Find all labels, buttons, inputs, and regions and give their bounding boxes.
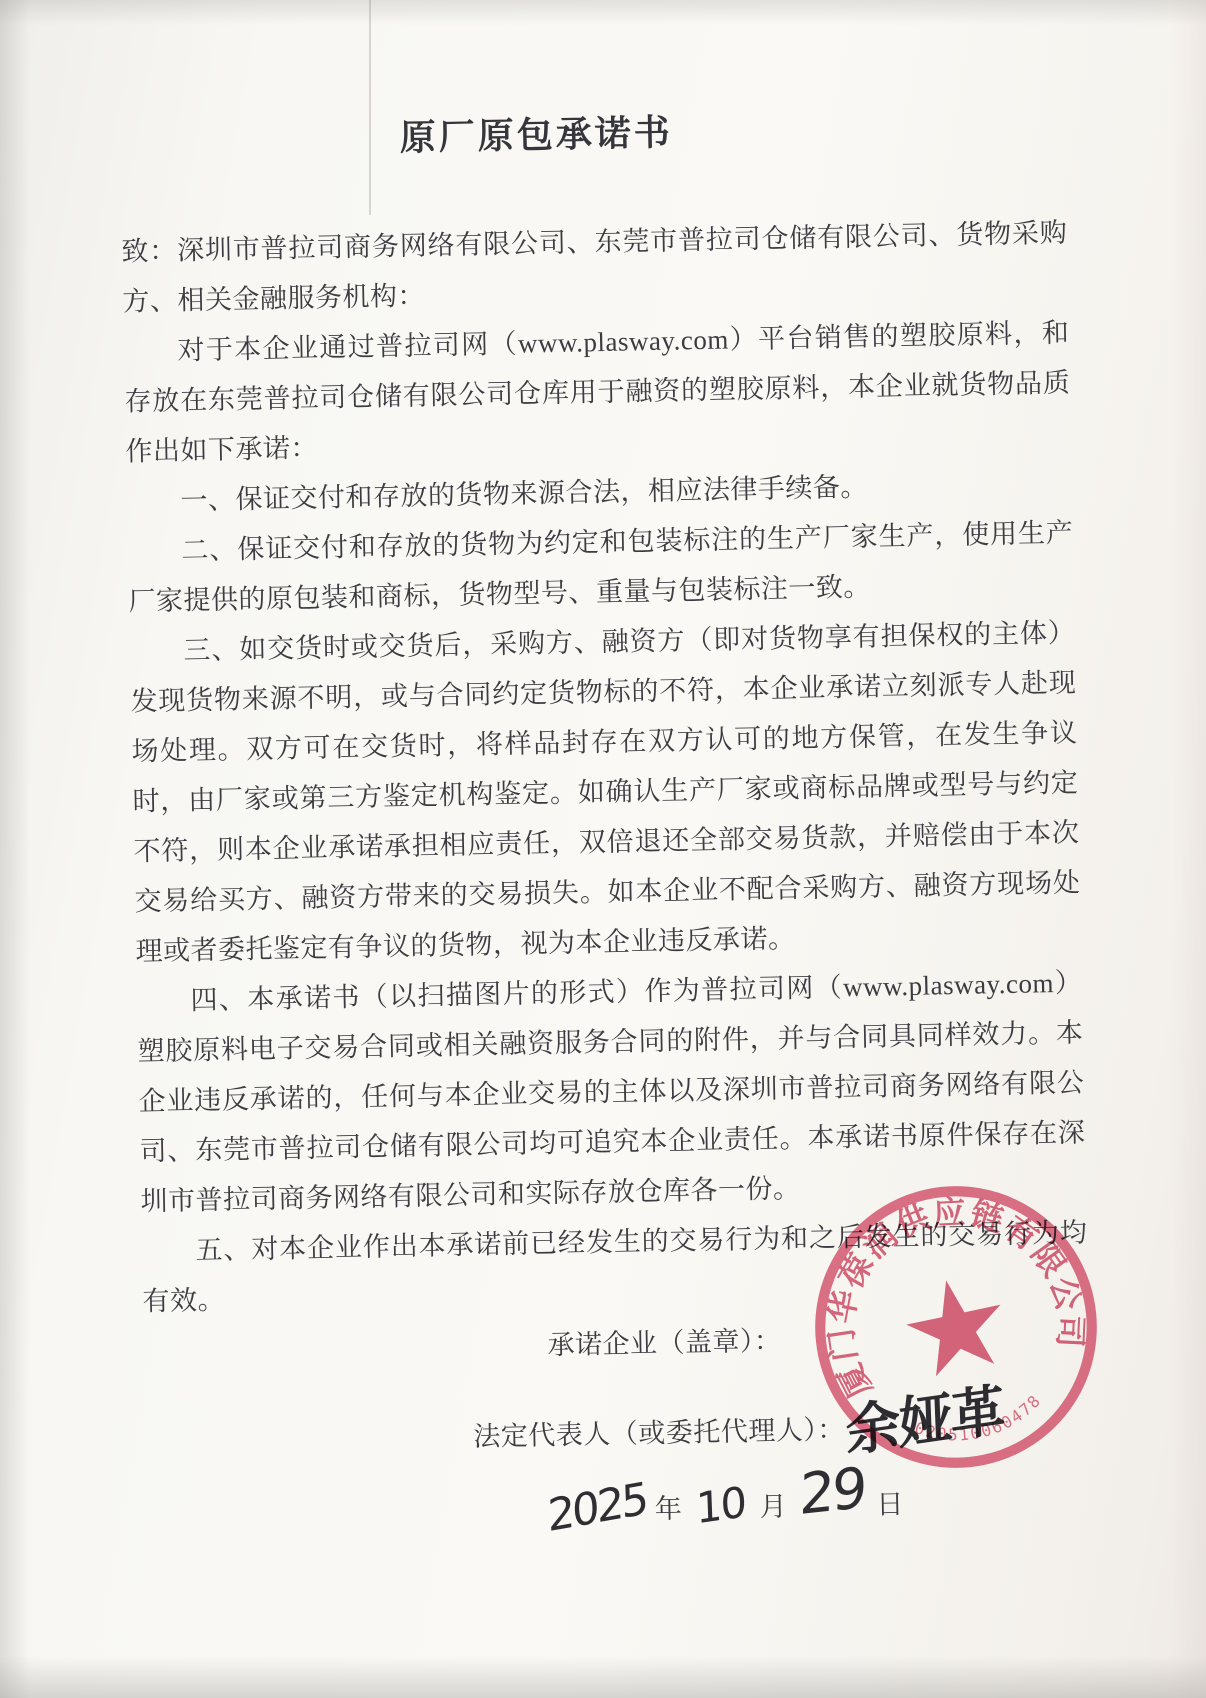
date-year-value: 2025 [547, 1476, 647, 1544]
company-seal-stamp: 厦门华葆润供应链有限公司 020510060478 [770, 1141, 1142, 1513]
legal-representative-label: 法定代表人（或委托代理人）： [473, 1414, 845, 1451]
paragraph-item-2: 二、保证交付和存放的货物为约定和包装标注的生产厂家生产，使用生产厂家提供的原包装… [127, 508, 1075, 627]
date-month-unit: 月 [759, 1492, 787, 1523]
document-title: 原厂原包承诺书 [63, 98, 1010, 168]
seal-star-icon [899, 1270, 1012, 1380]
paragraph-item-3: 三、如交货时或交货后，采购方、融资方（即对货物享有担保权的主体）发现货物来源不明… [129, 608, 1082, 977]
date-year-unit: 年 [655, 1494, 683, 1525]
scanned-document-page: 原厂原包承诺书 致：深圳市普拉司商务网络有限公司、东莞市普拉司仓储有限公司、货物… [0, 0, 1206, 1698]
document-body: 致：深圳市普拉司商务网络有限公司、东莞市普拉司仓储有限公司、货物采购方、相关金融… [121, 208, 1089, 1327]
paragraph-salutation: 致：深圳市普拉司商务网络有限公司、东莞市普拉司仓储有限公司、货物采购方、相关金融… [121, 208, 1069, 327]
paragraph-intro: 对于本企业通过普拉司网（www.plasway.com）平台销售的塑胶原料，和存… [123, 308, 1072, 477]
date-month-value: 10 [696, 1479, 747, 1536]
